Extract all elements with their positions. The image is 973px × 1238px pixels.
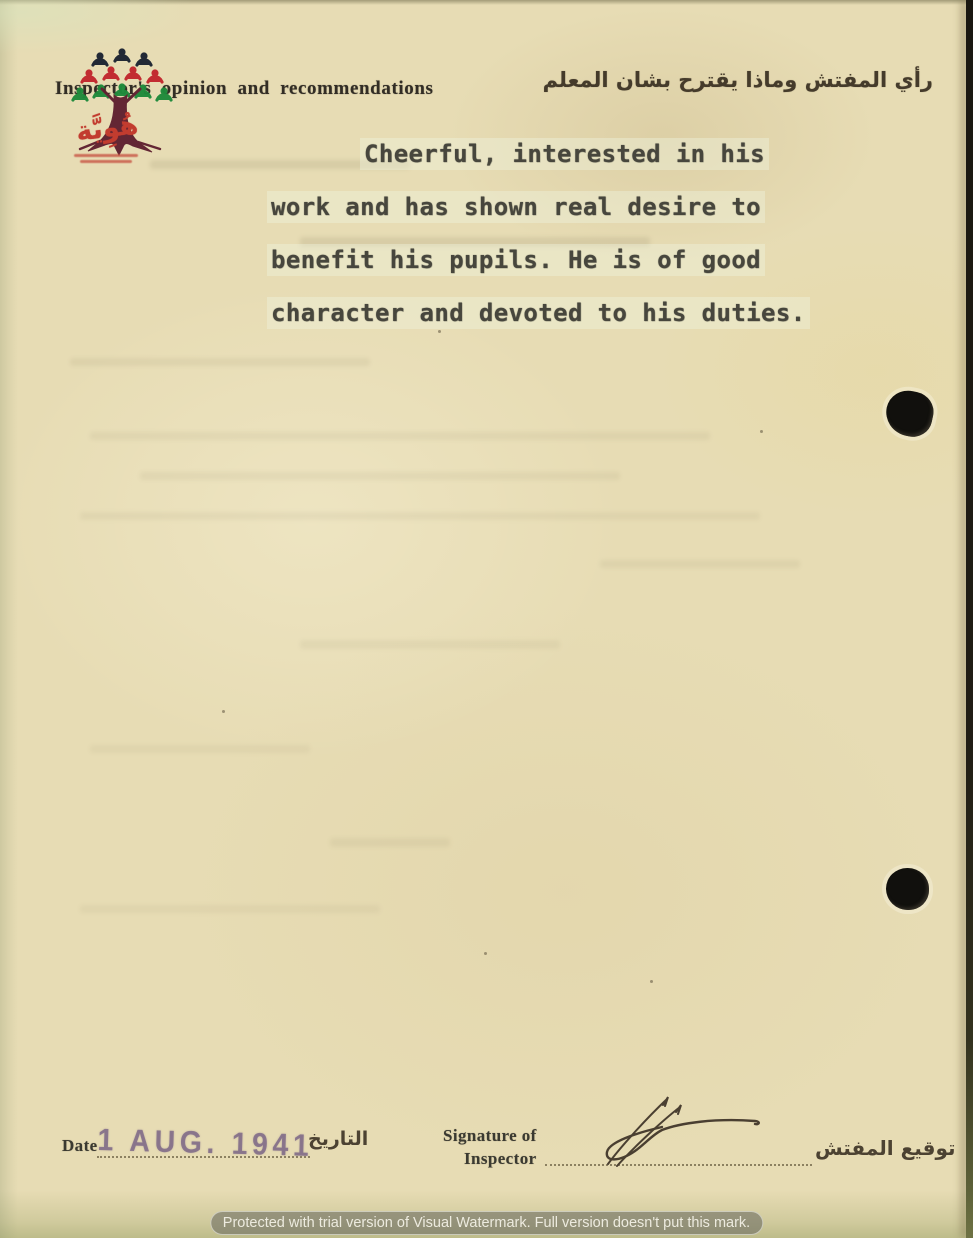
hole-punch-top bbox=[882, 387, 937, 441]
date-label-arabic: التاريخ bbox=[308, 1128, 368, 1150]
bleedthrough-smudge bbox=[90, 432, 710, 440]
remarks-line: Cheerful, interested in his bbox=[360, 138, 769, 170]
hole-punch-bottom bbox=[886, 868, 929, 910]
bleedthrough-smudge bbox=[140, 472, 620, 480]
bleedthrough-smudge bbox=[80, 905, 380, 913]
date-stamp: 1 AUG. 1941 bbox=[97, 1122, 314, 1164]
signature-label-line2: Inspector bbox=[464, 1149, 537, 1169]
bleedthrough-smudge bbox=[80, 512, 760, 520]
bleedthrough-smudge bbox=[300, 640, 560, 649]
remarks-line: character and devoted to his duties. bbox=[267, 297, 810, 329]
paper-speck bbox=[650, 980, 653, 983]
signature-label-arabic: توقيع المفتش bbox=[815, 1136, 956, 1160]
page-title-arabic: رأي المفتش وماذا يقترح بشان المعلم bbox=[543, 68, 933, 92]
remarks-line: benefit his pupils. He is of good bbox=[267, 244, 765, 276]
trial-watermark-banner: Protected with trial version of Visual W… bbox=[210, 1211, 763, 1235]
logo-caption-line bbox=[80, 160, 132, 163]
page-edge-shadow bbox=[966, 0, 973, 1238]
inspector-signature bbox=[550, 1085, 800, 1180]
document-page: Inspector's opinion and recommendations … bbox=[0, 0, 973, 1238]
bleedthrough-smudge bbox=[70, 358, 370, 366]
huwiyya-logo: هُوِيَّة bbox=[60, 45, 184, 179]
paper-speck bbox=[760, 430, 763, 433]
remarks-line: work and has shown real desire to bbox=[267, 191, 765, 223]
date-label: Date bbox=[62, 1136, 98, 1156]
logo-caption-line bbox=[74, 154, 138, 157]
bleedthrough-smudge bbox=[330, 838, 450, 847]
bleedthrough-smudge bbox=[600, 560, 800, 568]
signature-label-line1: Signature of bbox=[443, 1126, 537, 1146]
bleedthrough-smudge bbox=[90, 745, 310, 753]
logo-caption-lines bbox=[74, 154, 138, 166]
paper-speck bbox=[222, 710, 225, 713]
paper-speck bbox=[484, 952, 487, 955]
inspector-remarks: Cheerful, interested in his work and has… bbox=[267, 138, 810, 350]
